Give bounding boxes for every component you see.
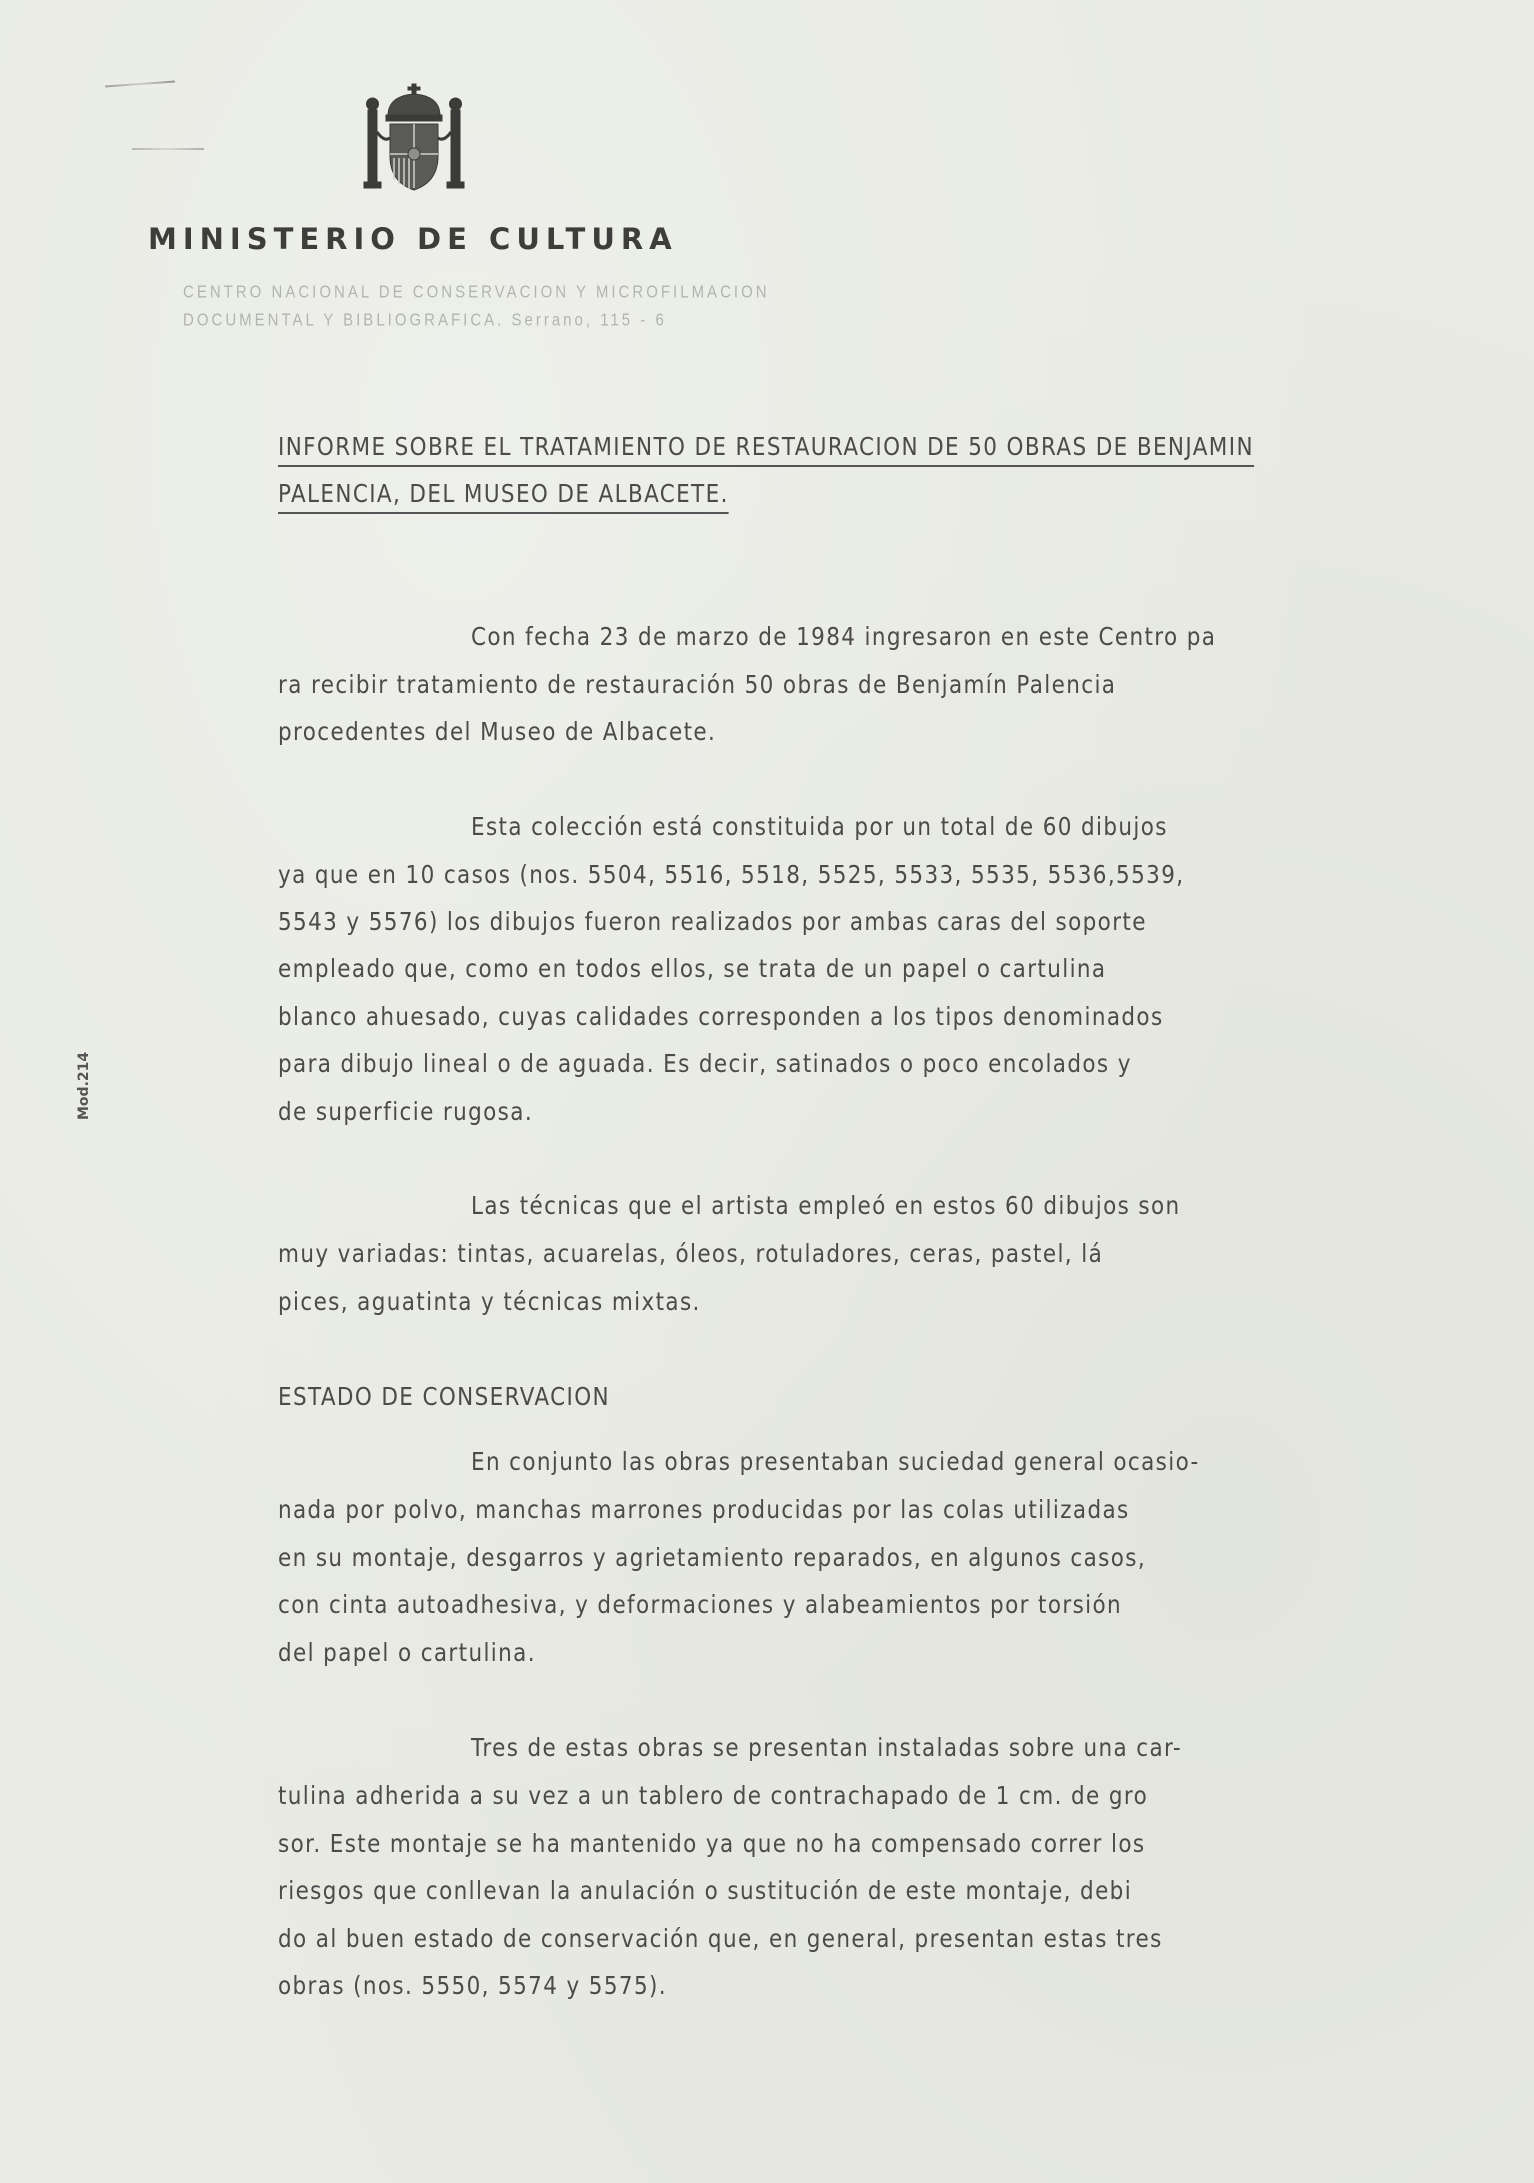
section-heading: ESTADO DE CONSERVACION [278,1382,610,1411]
paragraph-line: pices, aguatinta y técnicas mixtas. [278,1287,701,1316]
paragraph-line: empleado que, como en todos ellos, se tr… [278,954,1106,983]
paragraph-line: del papel o cartulina. [278,1638,536,1667]
paragraph-line: Las técnicas que el artista empleó en es… [471,1191,1181,1220]
paragraph-line: do al buen estado de conservación que, e… [278,1924,1163,1953]
paragraph-line: ya que en 10 casos (nos. 5504, 5516, 551… [278,860,1184,889]
paragraph-line: con cinta autoadhesiva, y deformaciones … [278,1590,1122,1619]
paragraph-line: 5543 y 5576) los dibujos fueron realizad… [278,907,1147,936]
centre-address-line-2: DOCUMENTAL Y BIBLIOGRAFICA. Serrano, 115… [183,311,667,331]
paragraph-line: para dibujo lineal o de aguada. Es decir… [278,1049,1132,1078]
paragraph-line: tulina adherida a su vez a un tablero de… [278,1781,1148,1810]
paragraph-line: nada por polvo, manchas marrones produci… [278,1495,1130,1524]
paragraph-line: Con fecha 23 de marzo de 1984 ingresaron… [471,622,1216,651]
paragraph-line: sor. Este montaje se ha mantenido ya que… [278,1829,1145,1858]
coat-of-arms-icon [358,82,470,194]
paragraph-line: obras (nos. 5550, 5574 y 5575). [278,1971,667,2000]
report-title-line-1: INFORME SOBRE EL TRATAMIENTO DE RESTAURA… [278,432,1254,467]
report-title-line-2: PALENCIA, DEL MUSEO DE ALBACETE. [278,479,729,514]
form-code: Mod.214 [76,1052,92,1120]
centre-address-line-1: CENTRO NACIONAL DE CONSERVACION Y MICROF… [183,283,770,303]
paragraph-line: ra recibir tratamiento de restauración 5… [278,670,1116,699]
paragraph-line: muy variadas: tintas, acuarelas, óleos, … [278,1239,1103,1268]
paragraph-line: de superficie rugosa. [278,1097,533,1126]
paragraph-line: Esta colección está constituida por un t… [471,812,1168,841]
paragraph-line: blanco ahuesado, cuyas calidades corresp… [278,1002,1164,1031]
paragraph-line: riesgos que conllevan la anulación o sus… [278,1876,1132,1905]
paragraph-line: En conjunto las obras presentaban sucied… [471,1447,1200,1476]
paragraph-line: en su montaje, desgarros y agrietamiento… [278,1543,1146,1572]
scan-mark [105,81,175,88]
scan-mark [132,148,204,150]
paragraph-line: Tres de estas obras se presentan instala… [471,1733,1182,1762]
paragraph-line: procedentes del Museo de Albacete. [278,717,716,746]
ministry-name: MINISTERIO DE CULTURA [148,222,678,256]
